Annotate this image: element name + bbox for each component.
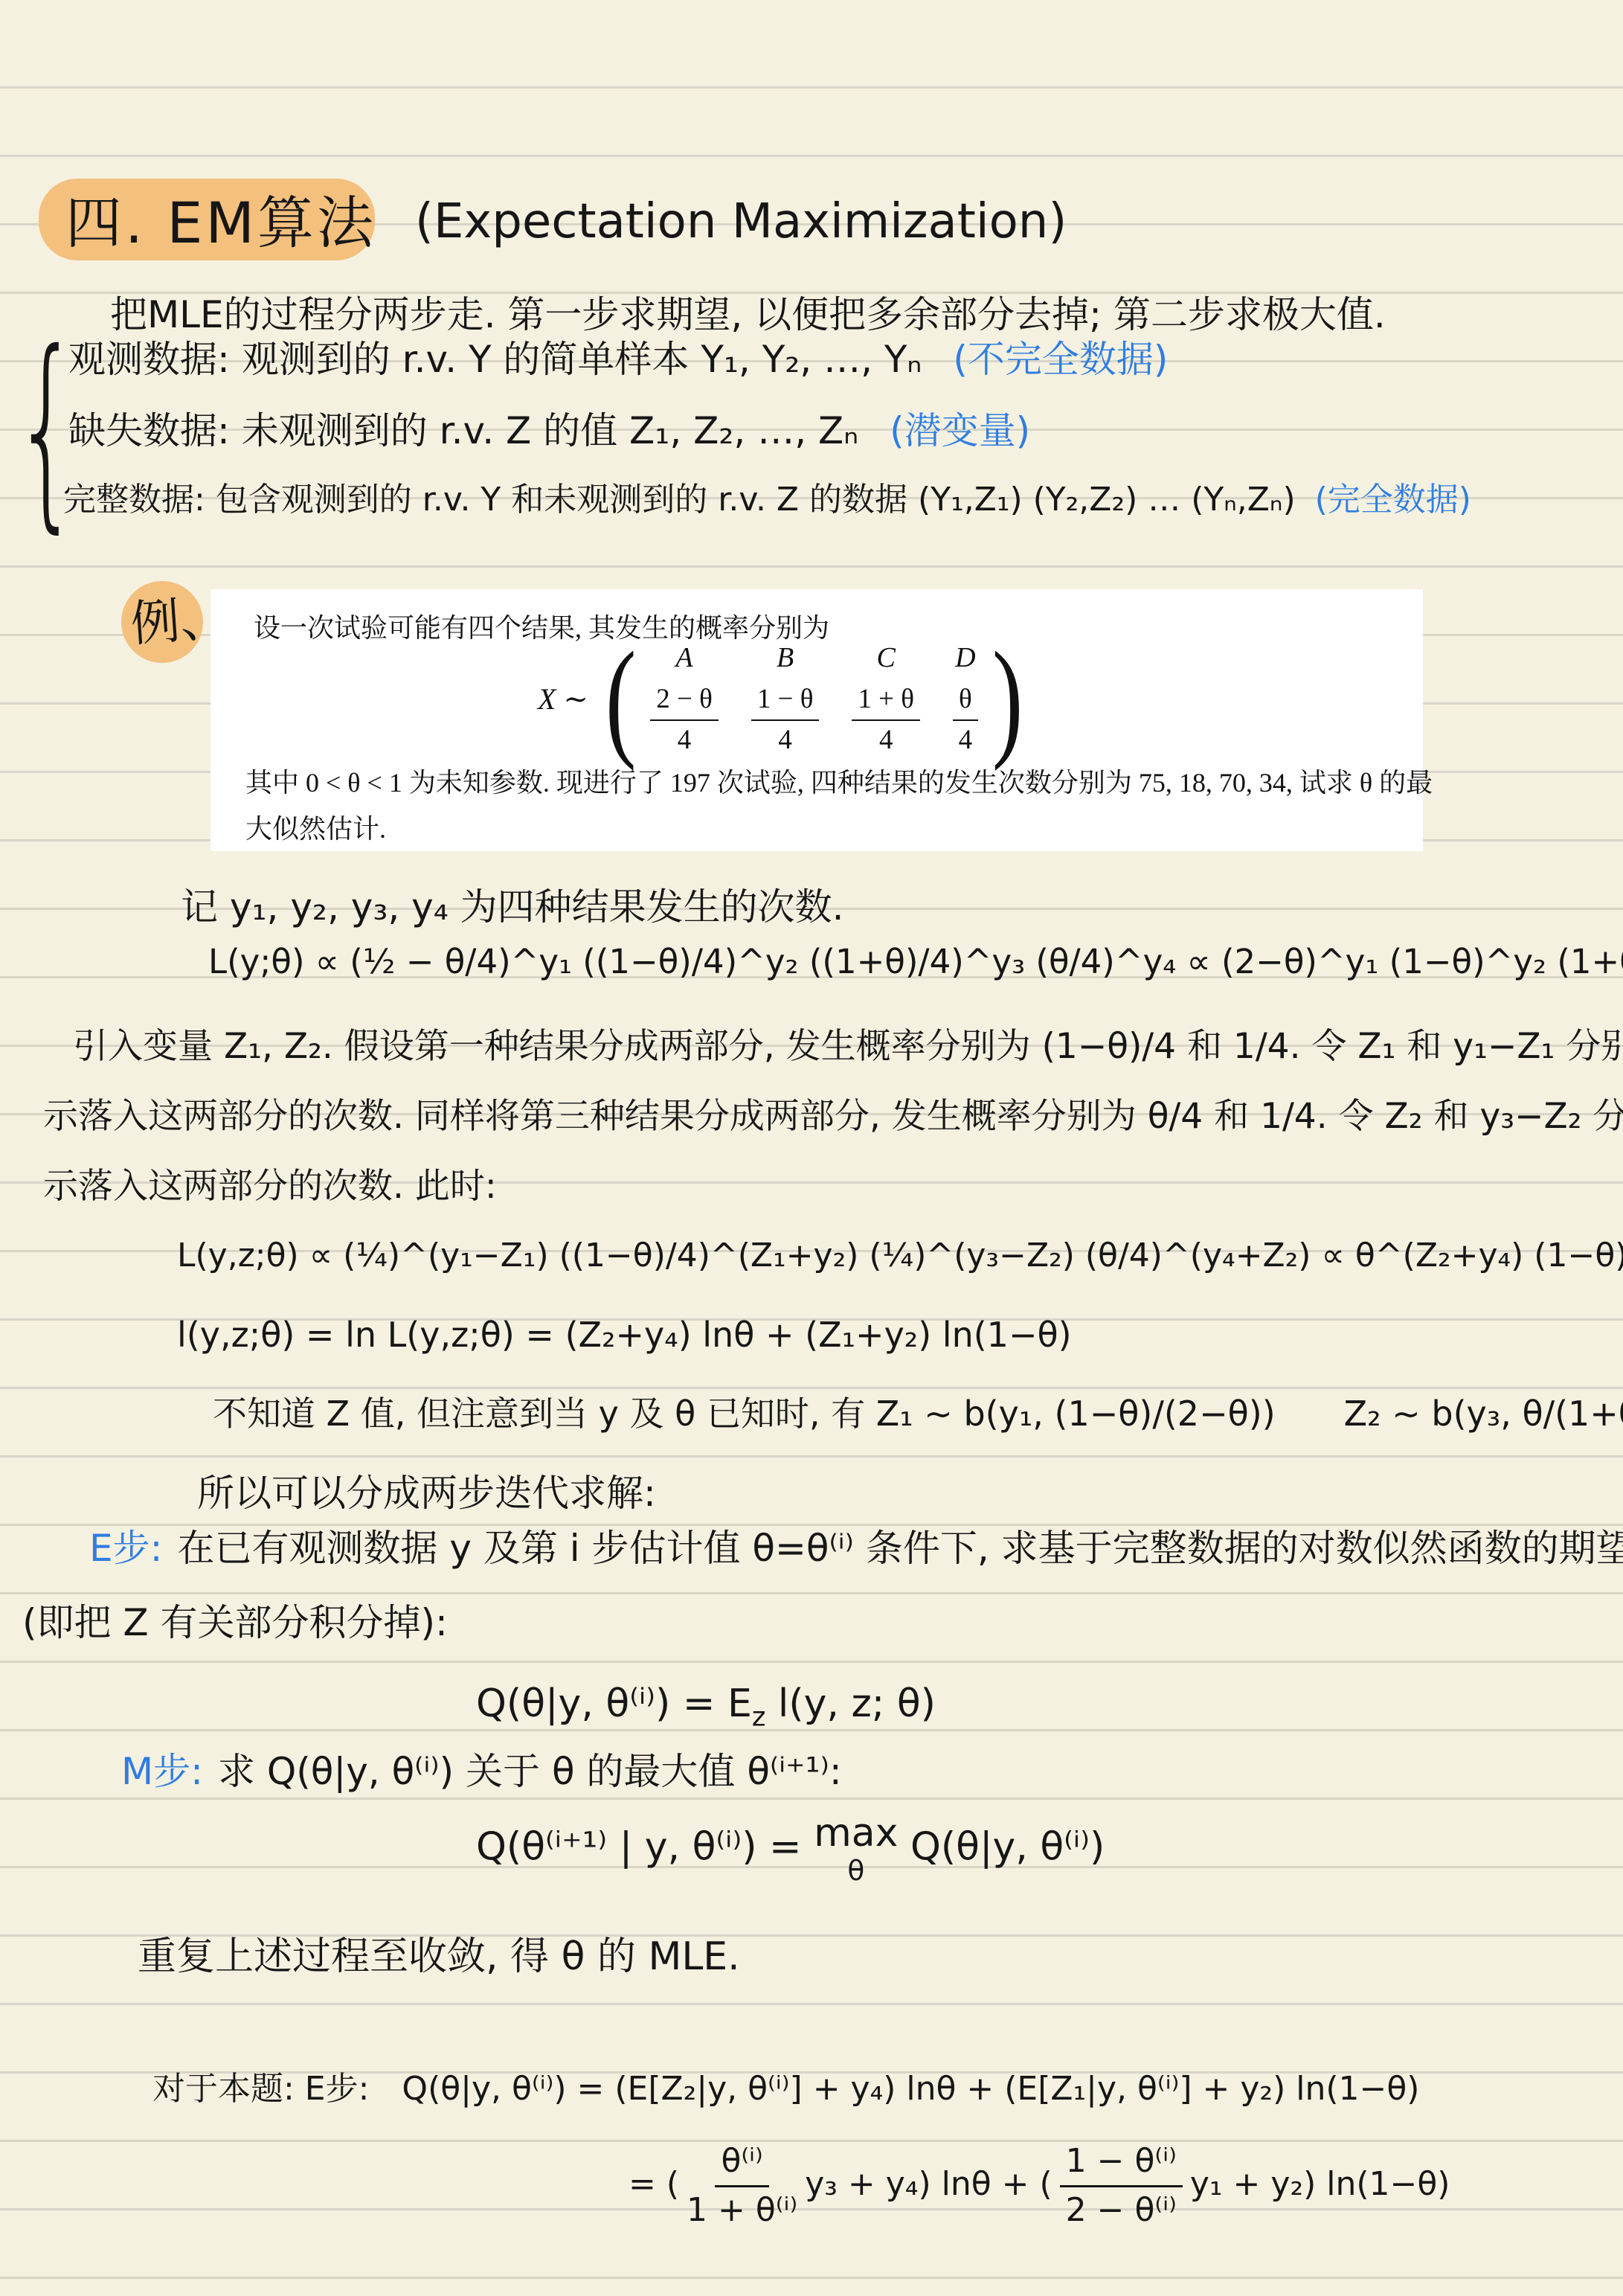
e-step-text-2: (即把 Z 有关部分积分掉): xyxy=(22,1600,448,1646)
q-function-formula: Q(θ|y, θ⁽ⁱ⁾) = Ez l(y, z; θ) xyxy=(476,1680,936,1734)
missing-data-row: 缺失数据: 未观测到的 r.v. Z 的值 Z₁, Z₂, …, Zₙ(潜变量) xyxy=(68,408,1030,455)
distribution-matrix: X ∼ ( A 2 − θ 4 B 1 − θ 4 C 1 + θ 4 xyxy=(538,641,1029,756)
theta-fraction-2: 1 − θ⁽ⁱ⁾2 − θ⁽ⁱ⁾ xyxy=(1060,2143,1183,2229)
page-title-english: (Expectation Maximization) xyxy=(415,192,1067,251)
latent-paragraph-line-3: 示落入这两部分的次数. 此时: xyxy=(43,1165,497,1209)
example-problem-box: 设一次试验可能有四个结果, 其发生的概率分别为 X ∼ ( A 2 − θ 4 … xyxy=(210,589,1423,851)
likelihood-formula-line: L(y;θ) ∝ (½ − θ/4)^y₁ ((1−θ)/4)^y₂ ((1+θ… xyxy=(208,941,1623,983)
observed-data-note: (不完全数据) xyxy=(953,338,1168,381)
example-intro: 设一次试验可能有四个结果, 其发生的概率分别为 xyxy=(254,607,829,645)
application-line-1: 对于本题: E步: Q(θ|y, θ⁽ⁱ⁾) = (E[Z₂|y, θ⁽ⁱ⁾] … xyxy=(152,2068,1419,2109)
count-definition-line: 记 y₁, y₂, y₃, y₄ 为四种结果发生的次数. xyxy=(181,884,844,931)
m-step-text: 求 Q(θ|y, θ⁽ⁱ⁾) 关于 θ 的最大值 θ⁽ⁱ⁺¹⁾: xyxy=(218,1750,842,1793)
complete-data-text: 完整数据: 包含观测到的 r.v. Y 和未观测到的 r.v. Z 的数据 (Y… xyxy=(63,481,1296,519)
complete-data-note: (完全数据) xyxy=(1315,481,1471,519)
matrix-close-paren: ) xyxy=(992,642,1023,754)
matrix-col-d: D θ 4 xyxy=(953,641,978,756)
e-step-text: 在已有观测数据 y 及第 i 步估计值 θ=θ⁽ⁱ⁾ 条件下, 求基于完整数据的… xyxy=(177,1527,1623,1570)
complete-likelihood-formula: L(y,z;θ) ∝ (¼)^(y₁−Z₁) ((1−θ)/4)^(Z₁+y₂)… xyxy=(177,1235,1623,1276)
theta-fraction-1: θ⁽ⁱ⁾1 + θ⁽ⁱ⁾ xyxy=(687,2143,797,2229)
likelihood-formula: L(y;θ) ∝ (½ − θ/4)^y₁ ((1−θ)/4)^y₂ ((1+θ… xyxy=(208,942,1623,981)
z-distribution-note: 不知道 Z 值, 但注意到当 y 及 θ 已知时, 有 Z₁ ∼ b(y₁, (… xyxy=(213,1393,1623,1436)
max-operator: maxθ xyxy=(814,1814,898,1885)
page-title: 四. EM算法 xyxy=(65,187,376,258)
intro-line: 把MLE的过程分两步走. 第一步求期望, 以便把多余部分去掉; 第二步求极大值. xyxy=(110,292,1386,339)
notebook-page: 四. EM算法 (Expectation Maximization) 把MLE的… xyxy=(0,0,1623,2296)
observed-data-text: 观测数据: 观测到的 r.v. Y 的简单样本 Y₁, Y₂, …, Yₙ xyxy=(68,338,922,381)
matrix-col-a: A 2 − θ 4 xyxy=(650,641,719,756)
e-step-label: E步: xyxy=(89,1527,162,1570)
matrix-open-paren: ( xyxy=(605,642,636,754)
application-line-2: = (θ⁽ⁱ⁾1 + θ⁽ⁱ⁾y₃ + y₄) lnθ + (1 − θ⁽ⁱ⁾2… xyxy=(629,2143,1450,2229)
complete-data-row: 完整数据: 包含观测到的 r.v. Y 和未观测到的 r.v. Z 的数据 (Y… xyxy=(63,479,1471,520)
matrix-col-c: C 1 + θ 4 xyxy=(852,641,920,756)
matrix-columns: A 2 − θ 4 B 1 − θ 4 C 1 + θ 4 D θ 4 xyxy=(650,641,978,756)
matrix-lhs: X ∼ xyxy=(538,682,588,716)
example-body-1: 其中 0 < θ < 1 为未知参数. 现进行了 197 次试验, 四种结果的发… xyxy=(245,762,1433,800)
latent-paragraph-line-2: 示落入这两部分的次数. 同样将第三种结果分成两部分, 发生概率分别为 θ/4 和… xyxy=(43,1095,1623,1139)
iterate-line: 所以可以分成两步迭代求解: xyxy=(197,1470,656,1517)
missing-data-text: 缺失数据: 未观测到的 r.v. Z 的值 Z₁, Z₂, …, Zₙ xyxy=(68,409,858,452)
example-body-2: 大似然估计. xyxy=(245,808,386,846)
observed-data-row: 观测数据: 观测到的 r.v. Y 的简单样本 Y₁, Y₂, …, Yₙ(不完… xyxy=(68,336,1168,383)
conclusion-line: 重复上述过程至收敛, 得 θ 的 MLE. xyxy=(138,1933,740,1981)
m-step-line: M步:求 Q(θ|y, θ⁽ⁱ⁾) 关于 θ 的最大值 θ⁽ⁱ⁺¹⁾: xyxy=(121,1748,842,1795)
maximization-formula: Q(θ⁽ⁱ⁺¹⁾ | y, θ⁽ⁱ⁾) = maxθ Q(θ|y, θ⁽ⁱ⁾) xyxy=(476,1814,1105,1885)
missing-data-note: (潜变量) xyxy=(890,409,1030,452)
e-step-line: E步:在已有观测数据 y 及第 i 步估计值 θ=θ⁽ⁱ⁾ 条件下, 求基于完整… xyxy=(89,1525,1623,1572)
log-likelihood-formula: l(y,z;θ) = ln L(y,z;θ) = (Z₂+y₄) lnθ + (… xyxy=(177,1314,1072,1357)
m-step-label: M步: xyxy=(121,1750,203,1793)
matrix-col-b: B 1 − θ 4 xyxy=(751,641,820,756)
latent-paragraph-line-1: 引入变量 Z₁, Z₂. 假设第一种结果分成两部分, 发生概率分别为 (1−θ)… xyxy=(73,1025,1623,1069)
